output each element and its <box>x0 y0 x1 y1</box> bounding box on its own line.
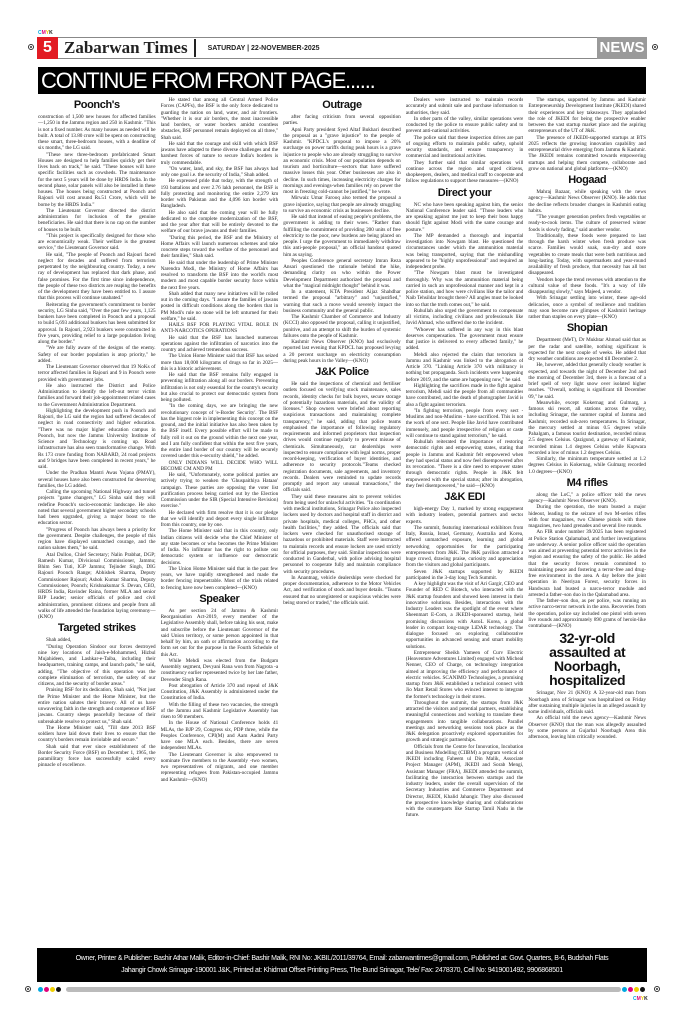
paragraph: Apni Party president Syed Altaf Bukhari … <box>283 127 401 196</box>
color-swatch-left <box>38 986 61 992</box>
imprint-line-2: Jahangir Chowk Srinagar-190001 J&K, Prin… <box>37 965 647 977</box>
black-swatch <box>56 987 61 992</box>
paragraph: "This project is specifically designed f… <box>38 233 156 252</box>
article-columns: Poonch's construction of 1,500 new house… <box>38 97 646 922</box>
column-3: Outrage after facing criticism from seve… <box>283 97 401 922</box>
paragraph: He also instructed the District and Poli… <box>38 383 156 408</box>
paragraph: "Progress of Poonch has always been a pr… <box>38 527 156 552</box>
paragraph: NC who have been speaking against him, t… <box>406 202 524 233</box>
paragraph: Praising BSF for its dedication, Shah sa… <box>38 687 156 725</box>
headline-targeted-strikes: Targeted strikes <box>38 622 156 634</box>
paragraph: He also said that the coming year will b… <box>161 210 279 235</box>
paragraph: Mahraj Bazaar, while speaking with the n… <box>528 189 646 214</box>
paragraph: "During Operation Sindoor our forces des… <box>38 644 156 688</box>
column-4: Dealers were instructed to maintain reco… <box>406 97 524 922</box>
paragraph: The Home Minister said, "Till date 2013 … <box>38 725 156 744</box>
paragraph: Kashmir News Observer (KNO) had exclusiv… <box>283 339 401 364</box>
paragraph: In other parts of the valley, similar op… <box>406 116 524 135</box>
paragraph: Peoples Conference general secretary Imr… <box>283 258 401 289</box>
paragraph: Srinagar, Nov 21 (KNO): A 32-year-old ma… <box>528 690 646 715</box>
paragraph: He said that under the leadership of Pri… <box>161 260 279 291</box>
paragraph: They said these measures aim to prevent … <box>283 494 401 575</box>
paragraph: The startups, supported by Jammu and Kas… <box>528 97 646 135</box>
gray-registration-bar <box>66 987 621 992</box>
cyan-swatch <box>622 987 627 992</box>
paragraph: after facing criticism from several oppo… <box>283 114 401 127</box>
headline-m4-rifles: M4 rifles <box>528 477 646 489</box>
paragraph: The Lieutenant Governor directed the dis… <box>38 208 156 233</box>
paragraph: Reiterating the government's commitment … <box>38 302 156 346</box>
paragraph: "On water, land, and sky, the BSF has al… <box>161 166 279 179</box>
imprint-line-1: Owner, Printer & Publisher: Bashir Athar… <box>37 953 647 965</box>
paragraph: Mirwaiz Umar Farooq also termed the prop… <box>283 195 401 214</box>
continue-banner: CONTINUE FROM FRONT PAGE...... <box>38 67 646 94</box>
paragraph: Officials from the Centre for Innovation… <box>406 744 524 819</box>
paragraph: Department (MeT), Dr Mukhtar Ahmad said … <box>528 337 646 362</box>
cyan-swatch <box>38 987 43 992</box>
paragraph: high-energy Day 1, marked by strong enga… <box>406 506 524 525</box>
column-2: He stated that among all Central Armed P… <box>161 97 279 922</box>
headline-shopian: Shopian <box>528 322 646 334</box>
paragraph: As per section 24 of Jammu & Kashmir Reo… <box>161 608 279 658</box>
black-swatch <box>640 987 645 992</box>
paragraph: Atal Dulloo, Chief Secretary; Nalin Prab… <box>38 552 156 621</box>
paragraph: "Whoever has suffered in any way in this… <box>406 327 524 352</box>
paragraph: Entrepreneur Sheikh Yameen of Curv Elect… <box>406 650 524 700</box>
paragraph: "During this period, the BSF and the Min… <box>161 235 279 260</box>
magenta-swatch <box>628 987 633 992</box>
paragraph: Shah added that many new initiatives wil… <box>161 291 279 322</box>
cmyk-label-bottom: CMYK <box>633 996 648 1002</box>
headline-jk-edi: J&K EDI <box>406 491 524 503</box>
paragraph: An FIR under number 39/2025 has been reg… <box>528 529 646 598</box>
paragraph: The police said that these inspection dr… <box>406 135 524 160</box>
paragraph: Seven J&K startups supported by JKEDI pa… <box>406 569 524 582</box>
newspaper-title: Zabarwan Times <box>64 39 196 57</box>
paragraph: He said that the BSF remains fully engag… <box>161 372 279 403</box>
paragraph: The Lieutenant Governor observed that 19… <box>38 364 156 383</box>
paragraph: Traditionally, these foods were prepared… <box>528 233 646 277</box>
subheading: ONLY INDIANS WILL DECIDE WHO WILL BECOME… <box>161 460 279 473</box>
paragraph: He said that the BSF has launched numero… <box>161 335 279 354</box>
paragraph: He expressed pride that today, with the … <box>161 178 279 209</box>
paragraph: Shah said that ever since establishment … <box>38 744 156 769</box>
paragraph: "In the coming days, we are bringing the… <box>161 403 279 459</box>
paragraph: along the LoC," a police officer told th… <box>528 492 646 505</box>
paragraph: Mehdi also rejected the claim that terro… <box>406 352 524 383</box>
paragraph: He, however, added that generally cloudy… <box>528 362 646 400</box>
paragraph: In Anantnag, vehicle dealerships were ch… <box>283 575 401 606</box>
registration-mark-left-bottom <box>25 986 31 992</box>
headline-direct-your: Direct your <box>406 187 524 199</box>
subheading: HAILS BSF FOR PLAYING VITAL ROLE IN ANTI… <box>161 322 279 335</box>
headline-speaker: Speaker <box>161 593 279 605</box>
paragraph: He said, "Unfortunately, some political … <box>161 472 279 510</box>
paragraph: Ruhullah reiterated the importance of re… <box>406 439 524 489</box>
paragraph: Similarly, the minimum temperature settl… <box>528 456 646 475</box>
headline-jk-police: J&K Police <box>283 366 401 378</box>
headline-hogaad: Hogaad <box>528 174 646 186</box>
paragraph: The Home Minister said that in this coun… <box>161 528 279 566</box>
paragraph: He declared with firm resolve that it is… <box>161 510 279 529</box>
registration-mark-right-top <box>652 44 658 50</box>
paragraph: An official told the news agency—Kashmir… <box>528 715 646 740</box>
headline-poonch: Poonch's <box>38 99 156 111</box>
paragraph: "In fighting terrorism, people from ever… <box>406 408 524 439</box>
column-1: Poonch's construction of 1,500 new house… <box>38 97 156 922</box>
paragraph: He said the inspections of chemical and … <box>283 381 401 494</box>
paragraph: He said, "The people of Poonch and Rajou… <box>38 252 156 302</box>
paragraph: Calling the upcoming National Highway an… <box>38 489 156 527</box>
column-5: The startups, supported by Jammu and Kas… <box>528 97 646 922</box>
registration-mark-right-bottom <box>654 986 660 992</box>
paragraph: He stated that among all Central Armed P… <box>161 97 279 141</box>
paragraph: Highlighting the sacrifices made in the … <box>406 383 524 408</box>
paragraph: The Kashmir Chamber of Commerce and Indu… <box>283 314 401 339</box>
yellow-swatch <box>634 987 639 992</box>
paragraph: Dealers were instructed to maintain reco… <box>406 97 524 116</box>
section-tag: NEWS <box>597 37 647 59</box>
paragraph: In the House of National Conference hold… <box>161 720 279 751</box>
paragraph: construction of 1,500 new houses for aff… <box>38 114 156 152</box>
magenta-swatch <box>44 987 49 992</box>
paragraph: The MP demanded a thorough and impartial… <box>406 233 524 271</box>
issue-date: SATURDAY | 22-NOVEMBER-2025 <box>208 45 320 52</box>
registration-mark-left-top <box>28 44 34 50</box>
paragraph: Highlighting the development push in Poo… <box>38 408 156 471</box>
paragraph: Throughout the summit, the startups from… <box>406 700 524 744</box>
publisher-imprint: Owner, Printer & Publisher: Bashir Athar… <box>37 948 647 982</box>
paragraph: The presence of JKEDI-supported startups… <box>528 135 646 173</box>
paragraph: Ruhullah also urged the government to co… <box>406 308 524 327</box>
paragraph: The Union Home Minister said that in the… <box>161 566 279 591</box>
paragraph: With the filling of these two vacancies,… <box>161 702 279 721</box>
paragraph: Vendors hope the trend reverses with att… <box>528 277 646 296</box>
paragraph: "The Nowgam blast must be investigated t… <box>406 270 524 308</box>
paragraph: He said that the courage and skill with … <box>161 141 279 166</box>
paragraph: A key highlight was the visit of Ari Gar… <box>406 581 524 650</box>
paragraph: During the operation, the team busted a … <box>528 504 646 529</box>
paragraph: "We are fully aware of the designs of th… <box>38 345 156 364</box>
color-swatch-right <box>622 986 645 992</box>
page-number: 5 <box>37 37 58 59</box>
headline-noorbagh-assault: 32-yr-old assaulted at Noorbagh, hospita… <box>528 631 646 687</box>
paragraph: In a statement, KTA President Aijaz Shah… <box>283 289 401 314</box>
headline-outrage: Outrage <box>283 99 401 111</box>
cmyk-label-top: CMYK <box>38 30 53 36</box>
paragraph: The Lieutenant Governor is also empowere… <box>161 752 279 783</box>
paragraph: Post abrogation of Article 370 and repea… <box>161 683 279 702</box>
paragraph: The summit, featuring international exhi… <box>406 525 524 569</box>
paragraph: Meanwhile, except Kokernag and Gulmarg, … <box>528 400 646 456</box>
paragraph: With Srinagar settling into winter, thes… <box>528 295 646 320</box>
paragraph: The father–son duo, as per police, was r… <box>528 598 646 629</box>
paragraph: While Mehdi was elected from the Budgam … <box>161 658 279 683</box>
paragraph: The Union Home Minister said that BSF ha… <box>161 353 279 372</box>
paragraph: "These new three-bedroom prefabricated S… <box>38 152 156 208</box>
paragraph: He said that instead of easing people's … <box>283 214 401 258</box>
yellow-swatch <box>50 987 55 992</box>
paragraph: They further said that similar operation… <box>406 160 524 185</box>
paragraph: Under the Pradhan Mantri Awas Yojana (PM… <box>38 470 156 489</box>
paragraph: "The younger generation prefers fresh ve… <box>528 214 646 233</box>
masthead: 5 Zabarwan Times SATURDAY | 22-NOVEMBER-… <box>37 37 647 59</box>
